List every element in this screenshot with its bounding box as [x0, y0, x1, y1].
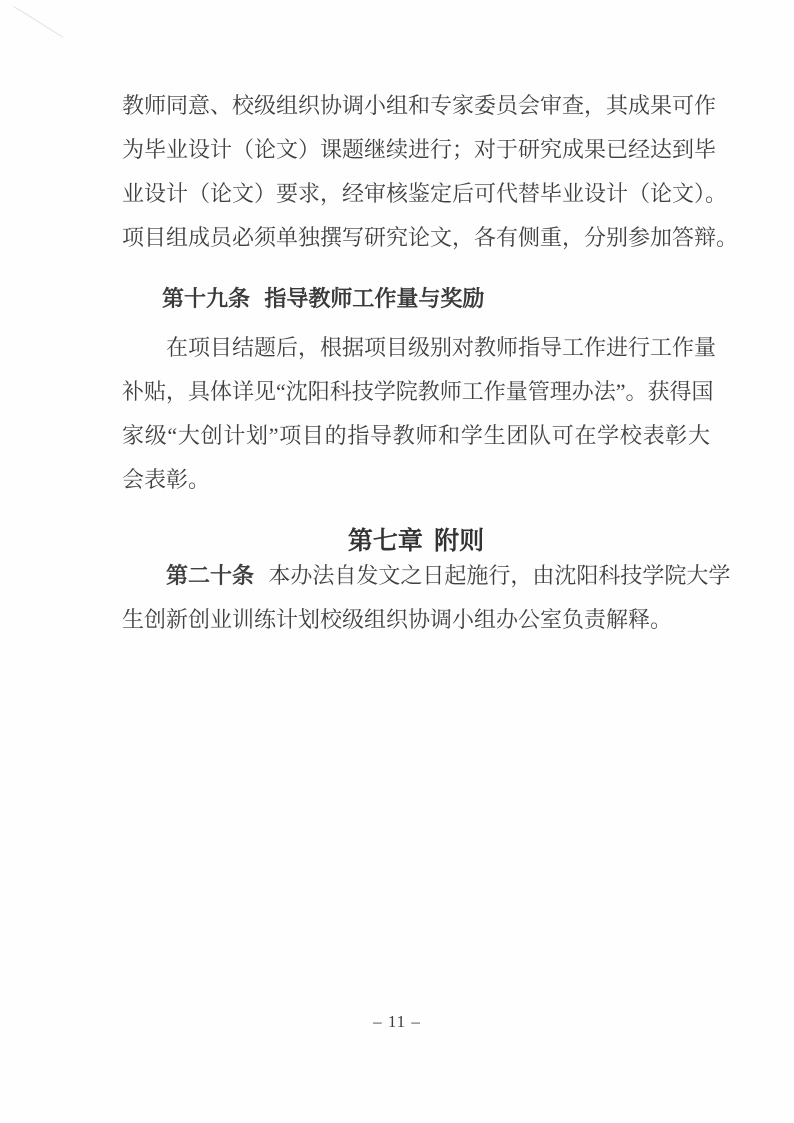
paragraph-article-20: 第二十条本办法自发文之日起施行，由沈阳科技学院大学 生创新创业训练计划校级组织协…: [122, 554, 710, 642]
article-20-text: 本办法自发文之日起施行，由沈阳科技学院大学: [268, 563, 730, 588]
paragraph-article-19-body: 在项目结题后，根据项目级别对教师指导工作进行工作量 补贴，具体详见“沈阳科技学院…: [122, 326, 710, 502]
article-heading-line: 第十九条指导教师工作量与奖励: [122, 277, 710, 321]
text-line: 教师同意、校级组织协调小组和专家委员会审查，其成果可作: [122, 84, 710, 128]
text-line: 业设计（论文）要求，经审核鉴定后可代替毕业设计（论文）。: [122, 172, 710, 216]
document-page: 教师同意、校级组织协调小组和专家委员会审查，其成果可作 为毕业设计（论文）课题继…: [0, 0, 794, 1123]
chapter-7-term: 第七章: [348, 527, 423, 555]
article-19-title: 指导教师工作量与奖励: [264, 286, 484, 311]
text-line: 为毕业设计（论文）课题继续进行；对于研究成果已经达到毕: [122, 128, 710, 172]
text-line: 项目组成员必须单独撰写研究论文，各有侧重，分别参加答辩。: [122, 216, 710, 260]
article-19-term: 第十九条: [162, 286, 250, 311]
paragraph-continuation: 教师同意、校级组织协调小组和专家委员会审查，其成果可作 为毕业设计（论文）课题继…: [122, 84, 710, 260]
article-20-term: 第二十条: [166, 563, 254, 588]
text-line: 生创新创业训练计划校级组织协调小组办公室负责解释。: [122, 598, 710, 642]
text-line: 在项目结题后，根据项目级别对教师指导工作进行工作量: [122, 326, 710, 370]
scan-artifact-mark: [13, 6, 63, 38]
page-number: – 11 –: [0, 1010, 794, 1034]
article-19-heading: 第十九条指导教师工作量与奖励: [122, 277, 710, 321]
text-line: 补贴，具体详见“沈阳科技学院教师工作量管理办法”。获得国: [122, 370, 710, 414]
text-line: 会表彰。: [122, 458, 710, 502]
chapter-7-title: 附则: [434, 527, 484, 555]
text-line: 第二十条本办法自发文之日起施行，由沈阳科技学院大学: [122, 554, 710, 598]
text-line: 家级“大创计划”项目的指导教师和学生团队可在学校表彰大: [122, 414, 710, 458]
